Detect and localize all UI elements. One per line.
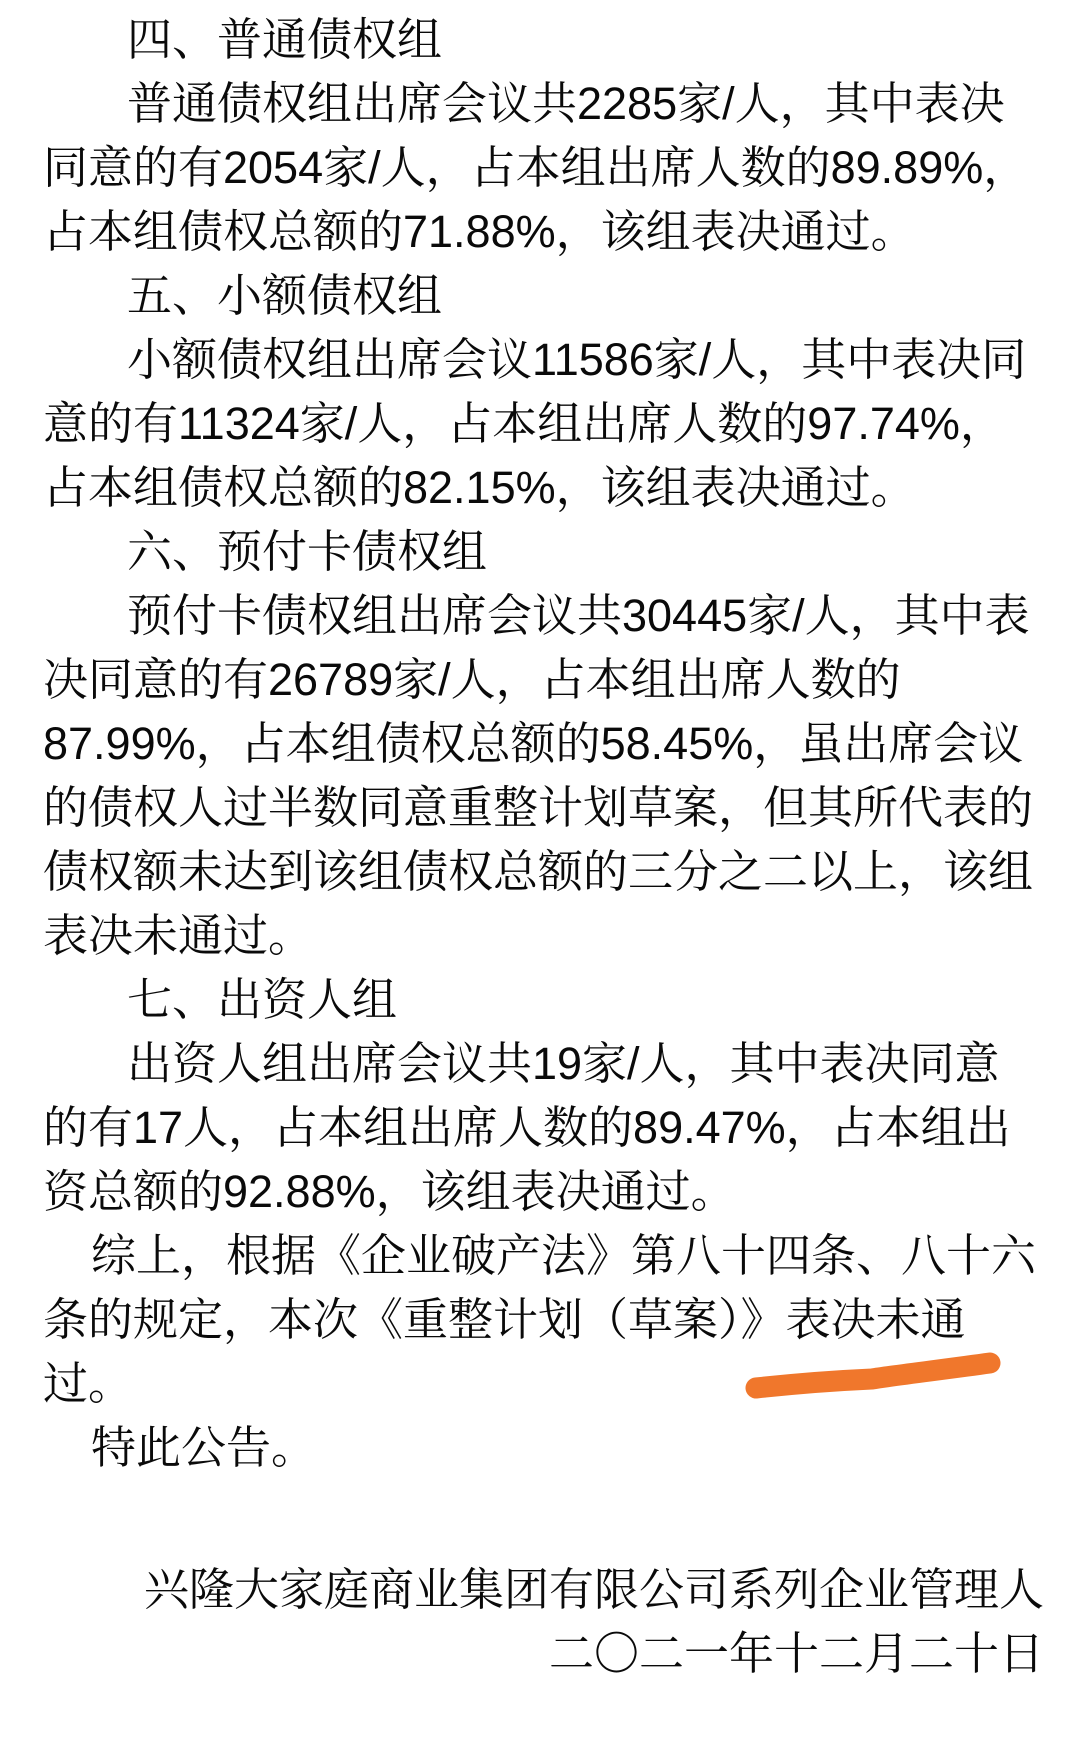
section-heading: 四、普通债权组 [43, 8, 1044, 72]
conclusion-line: 综上，根据《企业破产法》第八十四条、八十六 [43, 1224, 1044, 1288]
signature-line: 兴隆大家庭商业集团有限公司系列企业管理人 [43, 1558, 1044, 1622]
announcement-body: 四、普通债权组 普通债权组出席会议共2285家/人，其中表决 同意的有2054家… [43, 8, 1044, 1686]
paragraph-line: 债权额未达到该组债权总额的三分之二以上，该组 [43, 840, 1044, 904]
section-heading: 六、预付卡债权组 [43, 520, 1044, 584]
document-page: 四、普通债权组 普通债权组出席会议共2285家/人，其中表决 同意的有2054家… [0, 0, 1080, 1749]
conclusion-line: 条的规定，本次《重整计划（草案）》表决未通 [43, 1288, 1044, 1352]
paragraph-line: 意的有11324家/人，占本组出席人数的97.74%， [43, 392, 1044, 456]
paragraph-line: 占本组债权总额的71.88%，该组表决通过。 [43, 200, 1044, 264]
paragraph-line: 的债权人过半数同意重整计划草案，但其所代表的 [43, 776, 1044, 840]
paragraph-line: 出资人组出席会议共19家/人，其中表决同意 [43, 1032, 1044, 1096]
section-heading: 五、小额债权组 [43, 264, 1044, 328]
signature-block: 兴隆大家庭商业集团有限公司系列企业管理人 二〇二一年十二月二十日 [43, 1558, 1044, 1686]
paragraph-line: 决同意的有26789家/人，占本组出席人数的 [43, 648, 1044, 712]
section-heading: 七、出资人组 [43, 968, 1044, 1032]
paragraph-line: 87.99%，占本组债权总额的58.45%，虽出席会议 [43, 712, 1044, 776]
date-line: 二〇二一年十二月二十日 [43, 1622, 1044, 1686]
closing-line: 特此公告。 [43, 1416, 1044, 1480]
paragraph-line: 资总额的92.88%，该组表决通过。 [43, 1160, 1044, 1224]
blank-line [43, 1480, 1044, 1544]
paragraph-line: 占本组债权总额的82.15%，该组表决通过。 [43, 456, 1044, 520]
paragraph-line: 同意的有2054家/人，占本组出席人数的89.89%， [43, 136, 1044, 200]
paragraph-line: 预付卡债权组出席会议共30445家/人，其中表 [43, 584, 1044, 648]
paragraph-line: 的有17人，占本组出席人数的89.47%，占本组出 [43, 1096, 1044, 1160]
paragraph-line: 小额债权组出席会议11586家/人，其中表决同 [43, 328, 1044, 392]
conclusion-line: 过。 [43, 1352, 1044, 1416]
paragraph-line: 普通债权组出席会议共2285家/人，其中表决 [43, 72, 1044, 136]
paragraph-line: 表决未通过。 [43, 904, 1044, 968]
